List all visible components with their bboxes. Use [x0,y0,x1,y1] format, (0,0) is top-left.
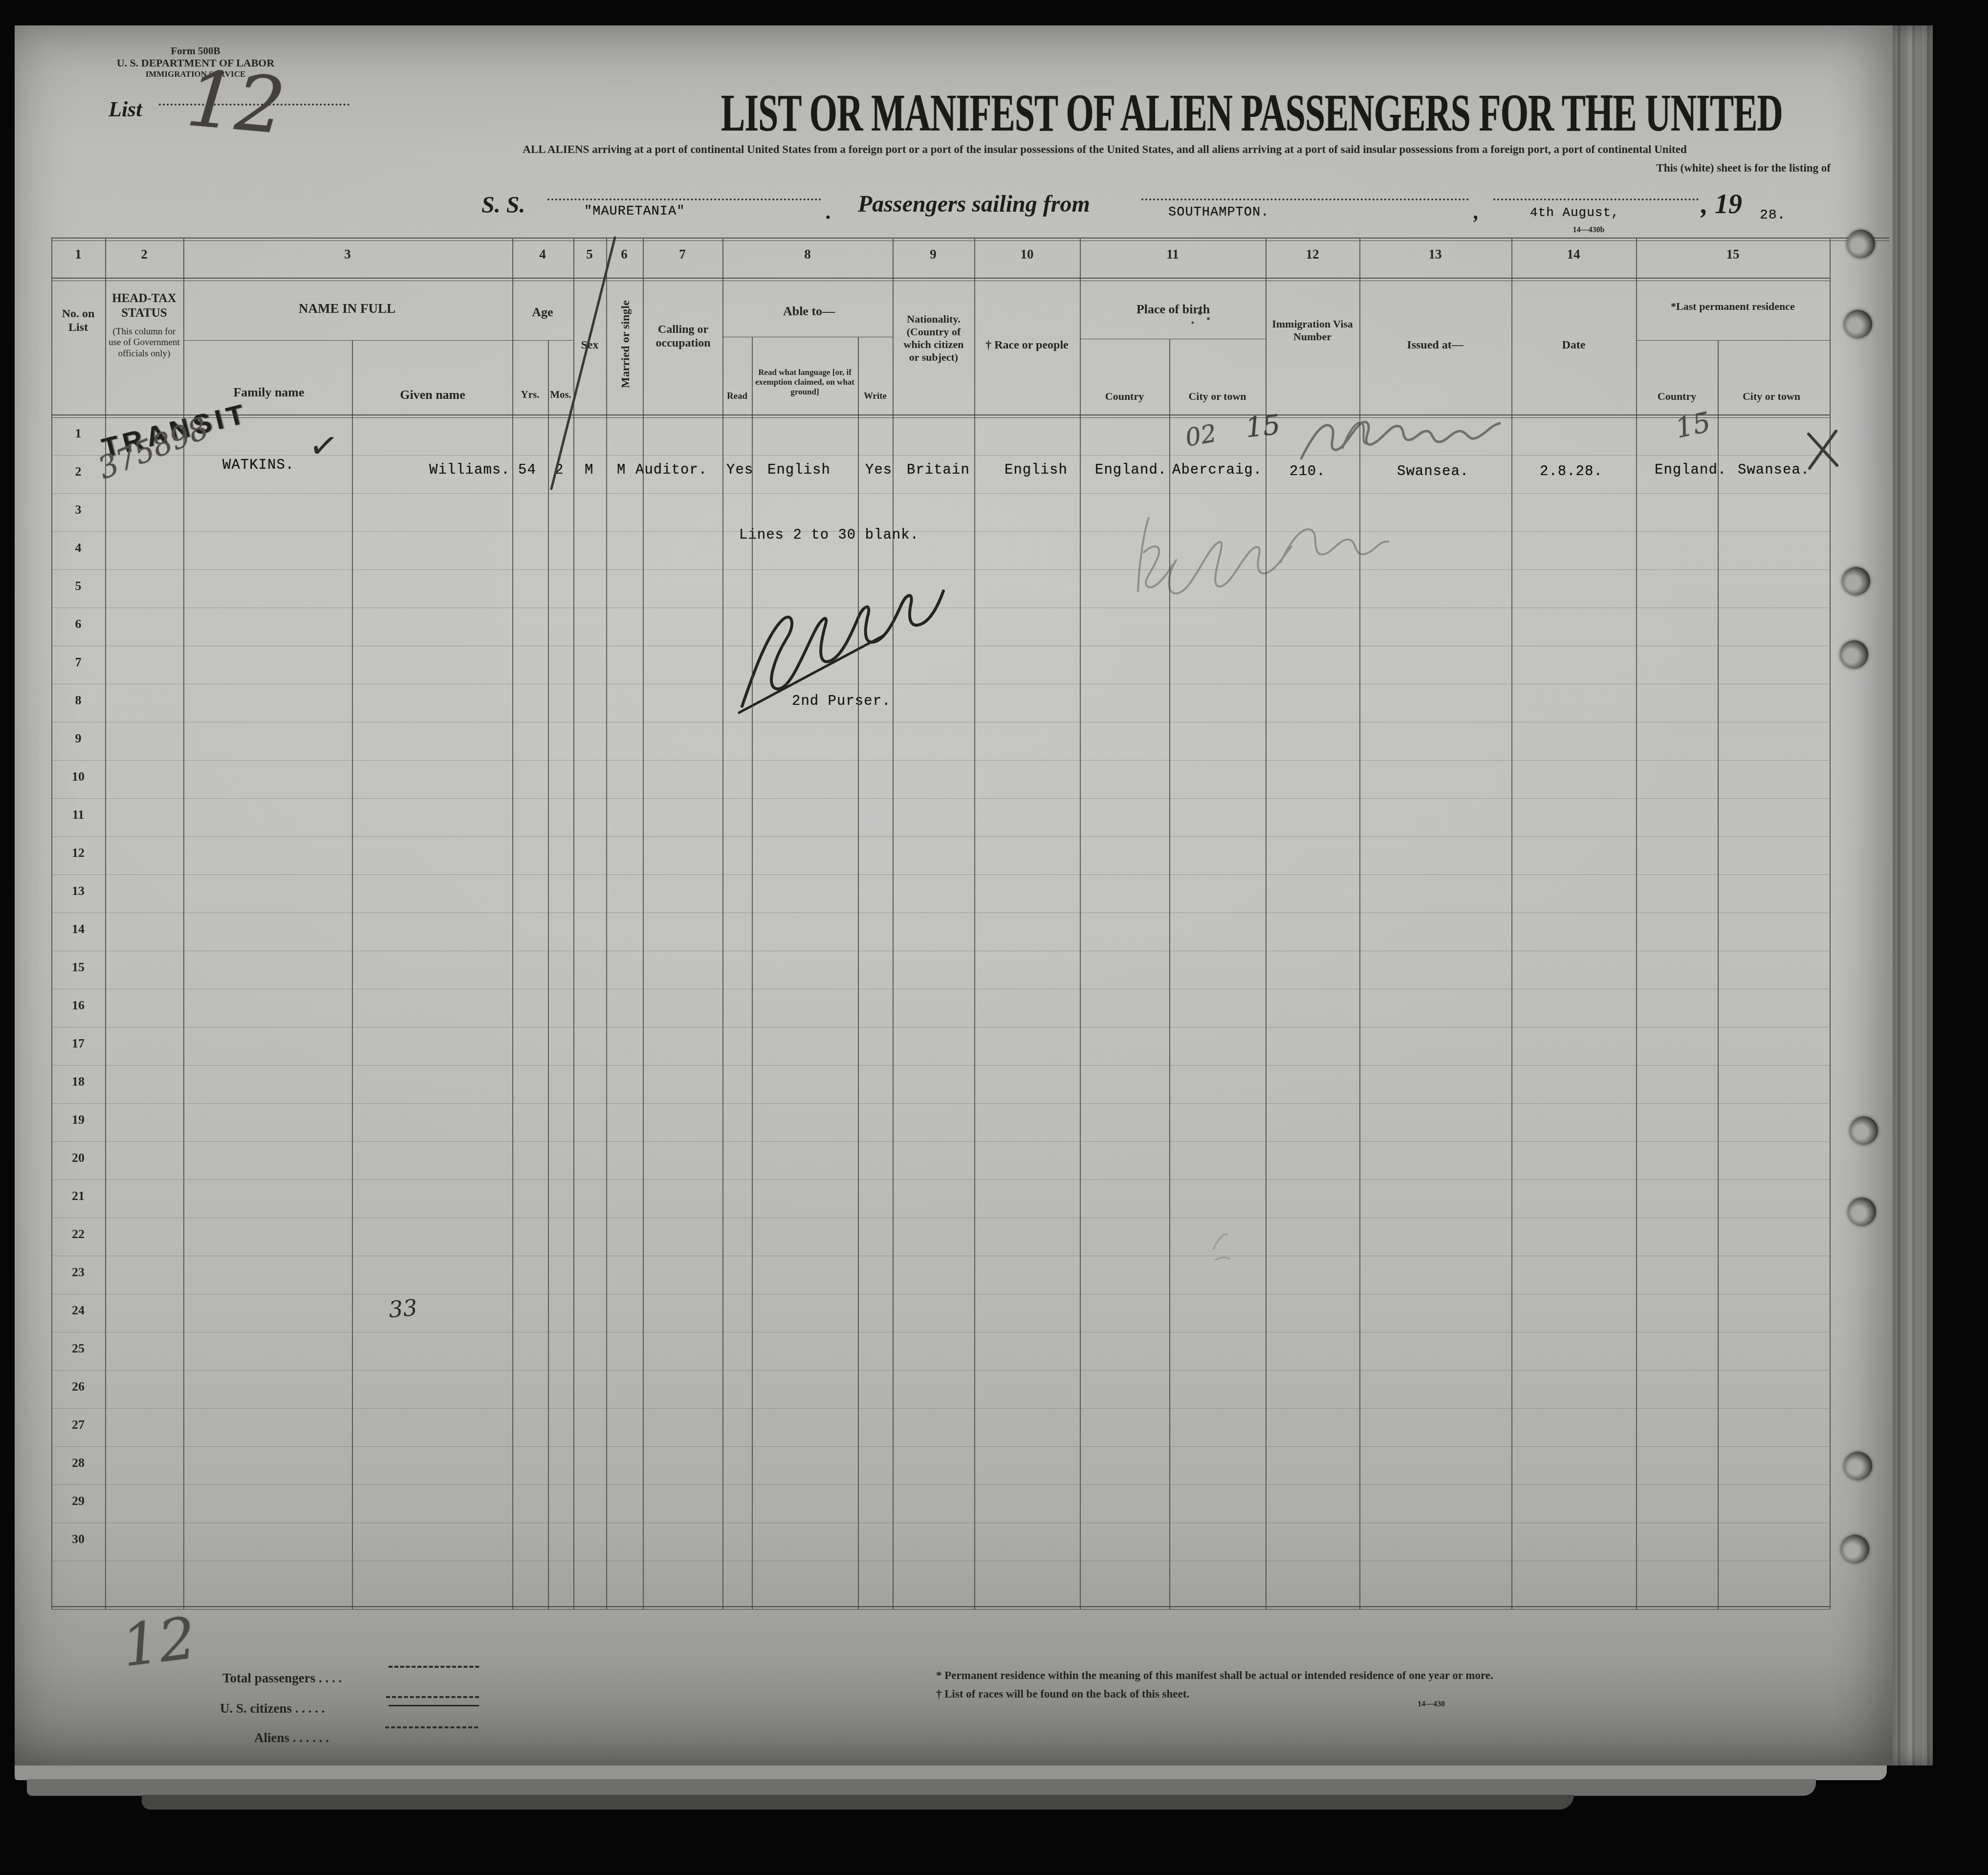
row-separator-line [51,531,1830,532]
column-separator-line [1830,239,1831,1609]
row-number: 30 [51,1532,105,1547]
row-number: 24 [51,1303,105,1318]
row-separator-line [51,1141,1830,1142]
row-number: 1 [51,426,105,441]
row-number: 18 [51,1074,105,1089]
row-separator-line [51,1027,1830,1027]
row-separator-line [51,798,1830,799]
row-number: 10 [51,769,105,784]
row-separator-line [51,1179,1830,1180]
row-number: 4 [51,541,105,555]
column-separator-line [105,239,106,1609]
pen-slash [551,238,615,489]
row-number: 15 [51,960,105,975]
row-number: 28 [51,1456,105,1470]
row-separator-line [51,455,1830,456]
column-separator-line [858,337,859,1609]
row-number: 16 [51,998,105,1013]
row-separator-line [51,1065,1830,1066]
row-separator-line [51,1218,1830,1218]
row-separator-line [51,608,1830,608]
row-separator-line [51,874,1830,875]
row-number: 26 [51,1379,105,1394]
column-number: 14 [1567,247,1580,262]
row-number: 22 [51,1227,105,1242]
scanned-manifest-page: { "form": { "form_number": "Form 500B", … [0,0,1988,1875]
column-separator-line [974,239,975,1609]
row-number: 17 [51,1036,105,1051]
row-separator-line [51,913,1830,913]
row-number: 20 [51,1151,105,1165]
row-number: 19 [51,1112,105,1127]
row-separator-line [51,646,1830,646]
row-separator-line [51,1370,1830,1371]
row-number: 2 [51,464,105,479]
column-separator-line [893,239,894,1609]
pencil-scribble-visa [1301,422,1500,458]
row-number: 12 [51,846,105,860]
column-separator-line [1169,339,1170,1609]
column-separator-line [1636,239,1637,1609]
row-separator-line [51,989,1830,989]
row-separator-line [51,836,1830,837]
column-number: 5 [586,247,593,262]
row-number: 23 [51,1265,105,1280]
row-separator-line [51,1484,1830,1485]
row-separator-line [51,569,1830,570]
row-separator-line [51,722,1830,722]
row-number: 5 [51,579,105,593]
row-number: 8 [51,693,105,708]
column-separator-line [573,239,574,1609]
row-separator-line [51,1446,1830,1447]
row-separator-line [51,493,1830,494]
column-number: 9 [930,247,937,262]
row-number: 6 [51,617,105,632]
row-separator-line [51,684,1830,684]
row-number: 11 [51,807,105,822]
column-number: 3 [344,247,351,262]
row-separator-line [51,1294,1830,1294]
row-separator-line [51,760,1830,761]
column-number: 13 [1429,247,1442,262]
column-number: 12 [1306,247,1319,262]
column-number: 10 [1021,247,1034,262]
column-number: 15 [1726,247,1740,262]
row-number: 25 [51,1341,105,1356]
row-separator-line [51,1103,1830,1104]
row-number: 7 [51,655,105,670]
purser-signature-underline [739,635,884,713]
column-separator-line [752,337,753,1609]
row-number: 21 [51,1189,105,1203]
row-number: 29 [51,1494,105,1508]
purser-signature [742,591,943,706]
row-separator-line [51,1256,1830,1256]
column-number: 6 [621,247,628,262]
row-number: 13 [51,884,105,898]
column-number: 11 [1166,247,1179,262]
ink-overlay [0,0,1988,1875]
row-number: 9 [51,731,105,746]
row-number: 27 [51,1417,105,1432]
column-number: 4 [539,247,546,262]
row-separator-line [51,1332,1830,1332]
column-number: 8 [804,247,811,262]
column-number: 1 [75,247,82,262]
column-number: 2 [141,247,148,262]
row-number: 14 [51,922,105,937]
x-mark-stroke [1809,431,1837,468]
row-number: 3 [51,502,105,517]
pencil-scribble-visa-2 [1342,423,1367,449]
column-separator-line [512,239,513,1609]
column-number: 7 [679,247,686,262]
column-separator-line [643,239,644,1609]
column-separator-line [1080,239,1081,1609]
column-separator-line [1359,239,1360,1609]
column-separator-line [606,239,607,1609]
column-separator-line [183,239,184,1609]
row-separator-line [51,951,1830,951]
column-separator-line [1266,239,1267,1609]
row-separator-line [51,1408,1830,1409]
pencil-scribble-scanning [1138,518,1291,593]
pencil-faint-mark [1213,1234,1230,1260]
row-separator-line [51,1561,1830,1561]
column-separator-line [1511,239,1512,1609]
row-separator-line [51,1523,1830,1523]
pencil-scribble-scanning-2 [1281,529,1388,562]
column-separator-line [722,239,723,1609]
